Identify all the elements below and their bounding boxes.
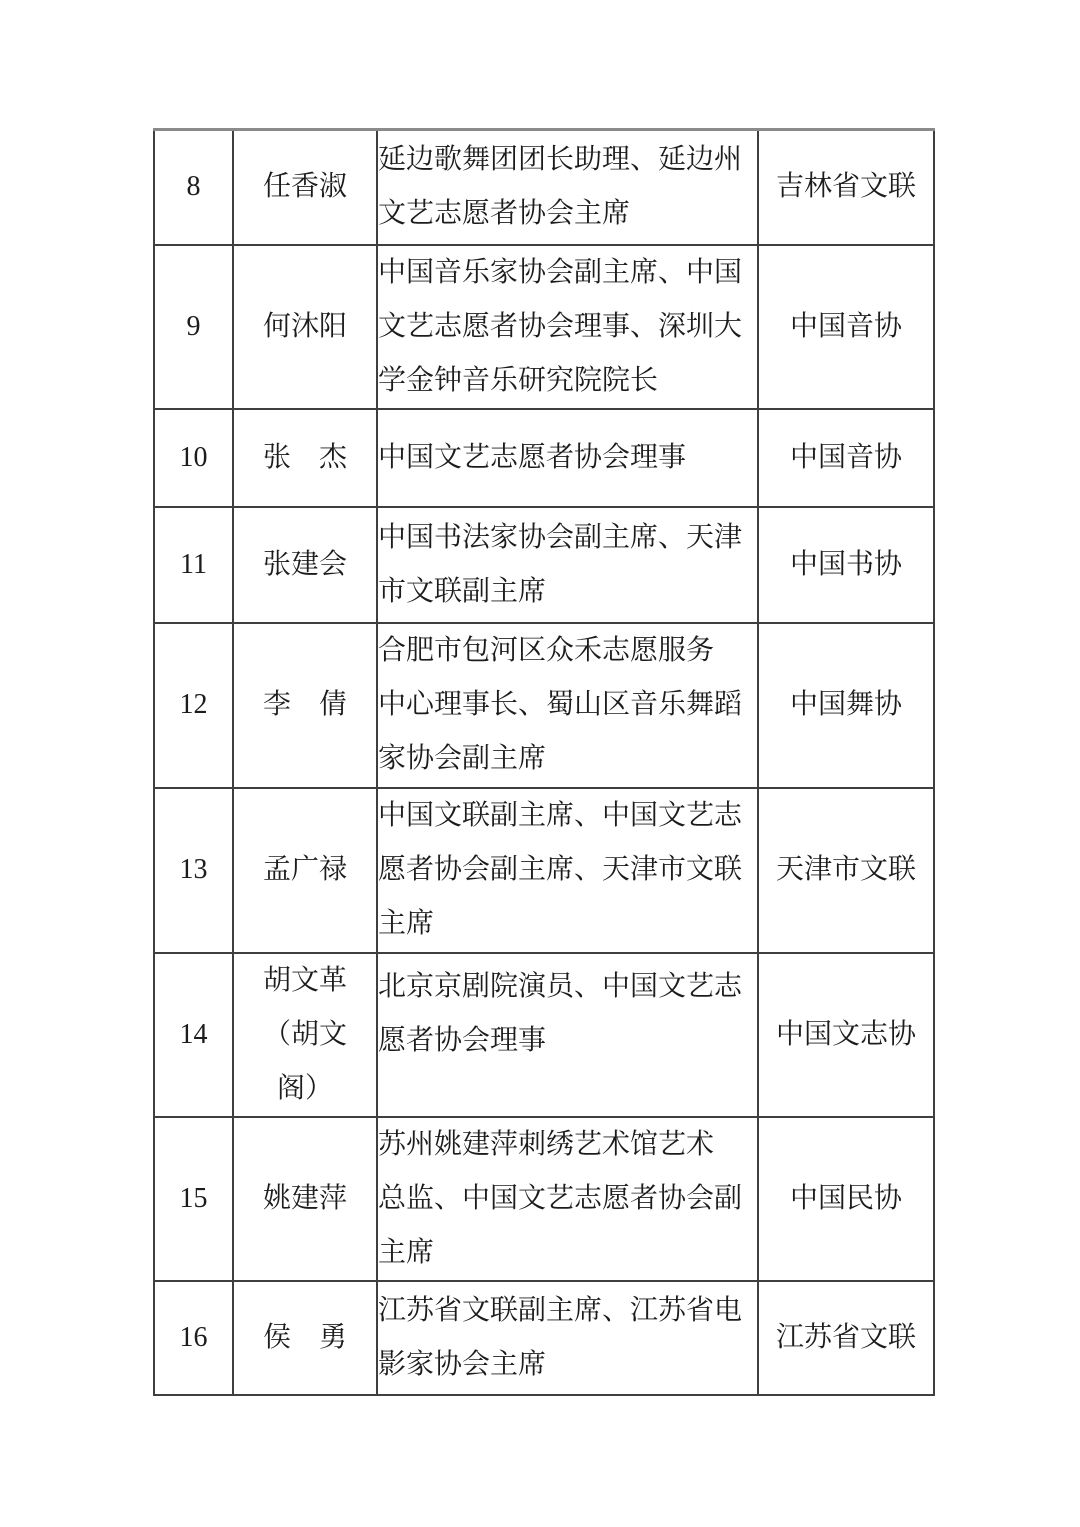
organization-cell: 江苏省文联 bbox=[758, 1281, 934, 1395]
position-cell: 延边歌舞团团长助理、延边州 文艺志愿者协会主席 bbox=[377, 130, 758, 245]
organization-cell: 中国文志协 bbox=[758, 953, 934, 1117]
row-number-cell: 13 bbox=[154, 788, 233, 953]
position-cell: 江苏省文联副主席、江苏省电 影家协会主席 bbox=[377, 1281, 758, 1395]
row-number-cell: 14 bbox=[154, 953, 233, 1117]
row-number-cell: 8 bbox=[154, 130, 233, 245]
row-number-cell: 10 bbox=[154, 409, 233, 507]
table-row: 11 张建会 中国书法家协会副主席、天津 市文联副主席 中国书协 bbox=[154, 507, 934, 623]
position-cell: 合肥市包河区众禾志愿服务 中心理事长、蜀山区音乐舞蹈 家协会副主席 bbox=[377, 623, 758, 788]
name-cell: 姚建萍 bbox=[233, 1117, 377, 1281]
table-row: 9 何沐阳 中国音乐家协会副主席、中国 文艺志愿者协会理事、深圳大 学金钟音乐研… bbox=[154, 245, 934, 409]
name-cell: 任香淑 bbox=[233, 130, 377, 245]
name-cell: 胡文革 （胡文 阁） bbox=[233, 953, 377, 1117]
name-cell: 张 杰 bbox=[233, 409, 377, 507]
row-number-cell: 12 bbox=[154, 623, 233, 788]
name-cell: 张建会 bbox=[233, 507, 377, 623]
row-number-cell: 15 bbox=[154, 1117, 233, 1281]
document-page: 8 任香淑 延边歌舞团团长助理、延边州 文艺志愿者协会主席 吉林省文联 9 何沐… bbox=[0, 0, 1080, 1527]
position-cell: 中国文艺志愿者协会理事 bbox=[377, 409, 758, 507]
table-row: 14 胡文革 （胡文 阁） 北京京剧院演员、中国文艺志 愿者协会理事 中国文志协 bbox=[154, 953, 934, 1117]
name-cell: 侯 勇 bbox=[233, 1281, 377, 1395]
row-number-cell: 16 bbox=[154, 1281, 233, 1395]
table-row: 15 姚建萍 苏州姚建萍刺绣艺术馆艺术 总监、中国文艺志愿者协会副 主席 中国民… bbox=[154, 1117, 934, 1281]
position-cell: 中国音乐家协会副主席、中国 文艺志愿者协会理事、深圳大 学金钟音乐研究院院长 bbox=[377, 245, 758, 409]
organization-cell: 中国舞协 bbox=[758, 623, 934, 788]
organization-cell: 中国音协 bbox=[758, 245, 934, 409]
position-cell: 中国书法家协会副主席、天津 市文联副主席 bbox=[377, 507, 758, 623]
name-cell: 孟广禄 bbox=[233, 788, 377, 953]
table-row: 10 张 杰 中国文艺志愿者协会理事 中国音协 bbox=[154, 409, 934, 507]
table-row: 16 侯 勇 江苏省文联副主席、江苏省电 影家协会主席 江苏省文联 bbox=[154, 1281, 934, 1395]
table-row: 8 任香淑 延边歌舞团团长助理、延边州 文艺志愿者协会主席 吉林省文联 bbox=[154, 130, 934, 245]
volunteer-roster-table: 8 任香淑 延边歌舞团团长助理、延边州 文艺志愿者协会主席 吉林省文联 9 何沐… bbox=[153, 128, 935, 1396]
position-cell: 中国文联副主席、中国文艺志 愿者协会副主席、天津市文联 主席 bbox=[377, 788, 758, 953]
organization-cell: 吉林省文联 bbox=[758, 130, 934, 245]
row-number-cell: 9 bbox=[154, 245, 233, 409]
table-row: 13 孟广禄 中国文联副主席、中国文艺志 愿者协会副主席、天津市文联 主席 天津… bbox=[154, 788, 934, 953]
position-cell: 苏州姚建萍刺绣艺术馆艺术 总监、中国文艺志愿者协会副 主席 bbox=[377, 1117, 758, 1281]
name-cell: 李 倩 bbox=[233, 623, 377, 788]
name-cell: 何沐阳 bbox=[233, 245, 377, 409]
row-number-cell: 11 bbox=[154, 507, 233, 623]
table-row: 12 李 倩 合肥市包河区众禾志愿服务 中心理事长、蜀山区音乐舞蹈 家协会副主席… bbox=[154, 623, 934, 788]
organization-cell: 中国民协 bbox=[758, 1117, 934, 1281]
position-cell: 北京京剧院演员、中国文艺志 愿者协会理事 bbox=[377, 953, 758, 1117]
organization-cell: 中国书协 bbox=[758, 507, 934, 623]
organization-cell: 中国音协 bbox=[758, 409, 934, 507]
organization-cell: 天津市文联 bbox=[758, 788, 934, 953]
